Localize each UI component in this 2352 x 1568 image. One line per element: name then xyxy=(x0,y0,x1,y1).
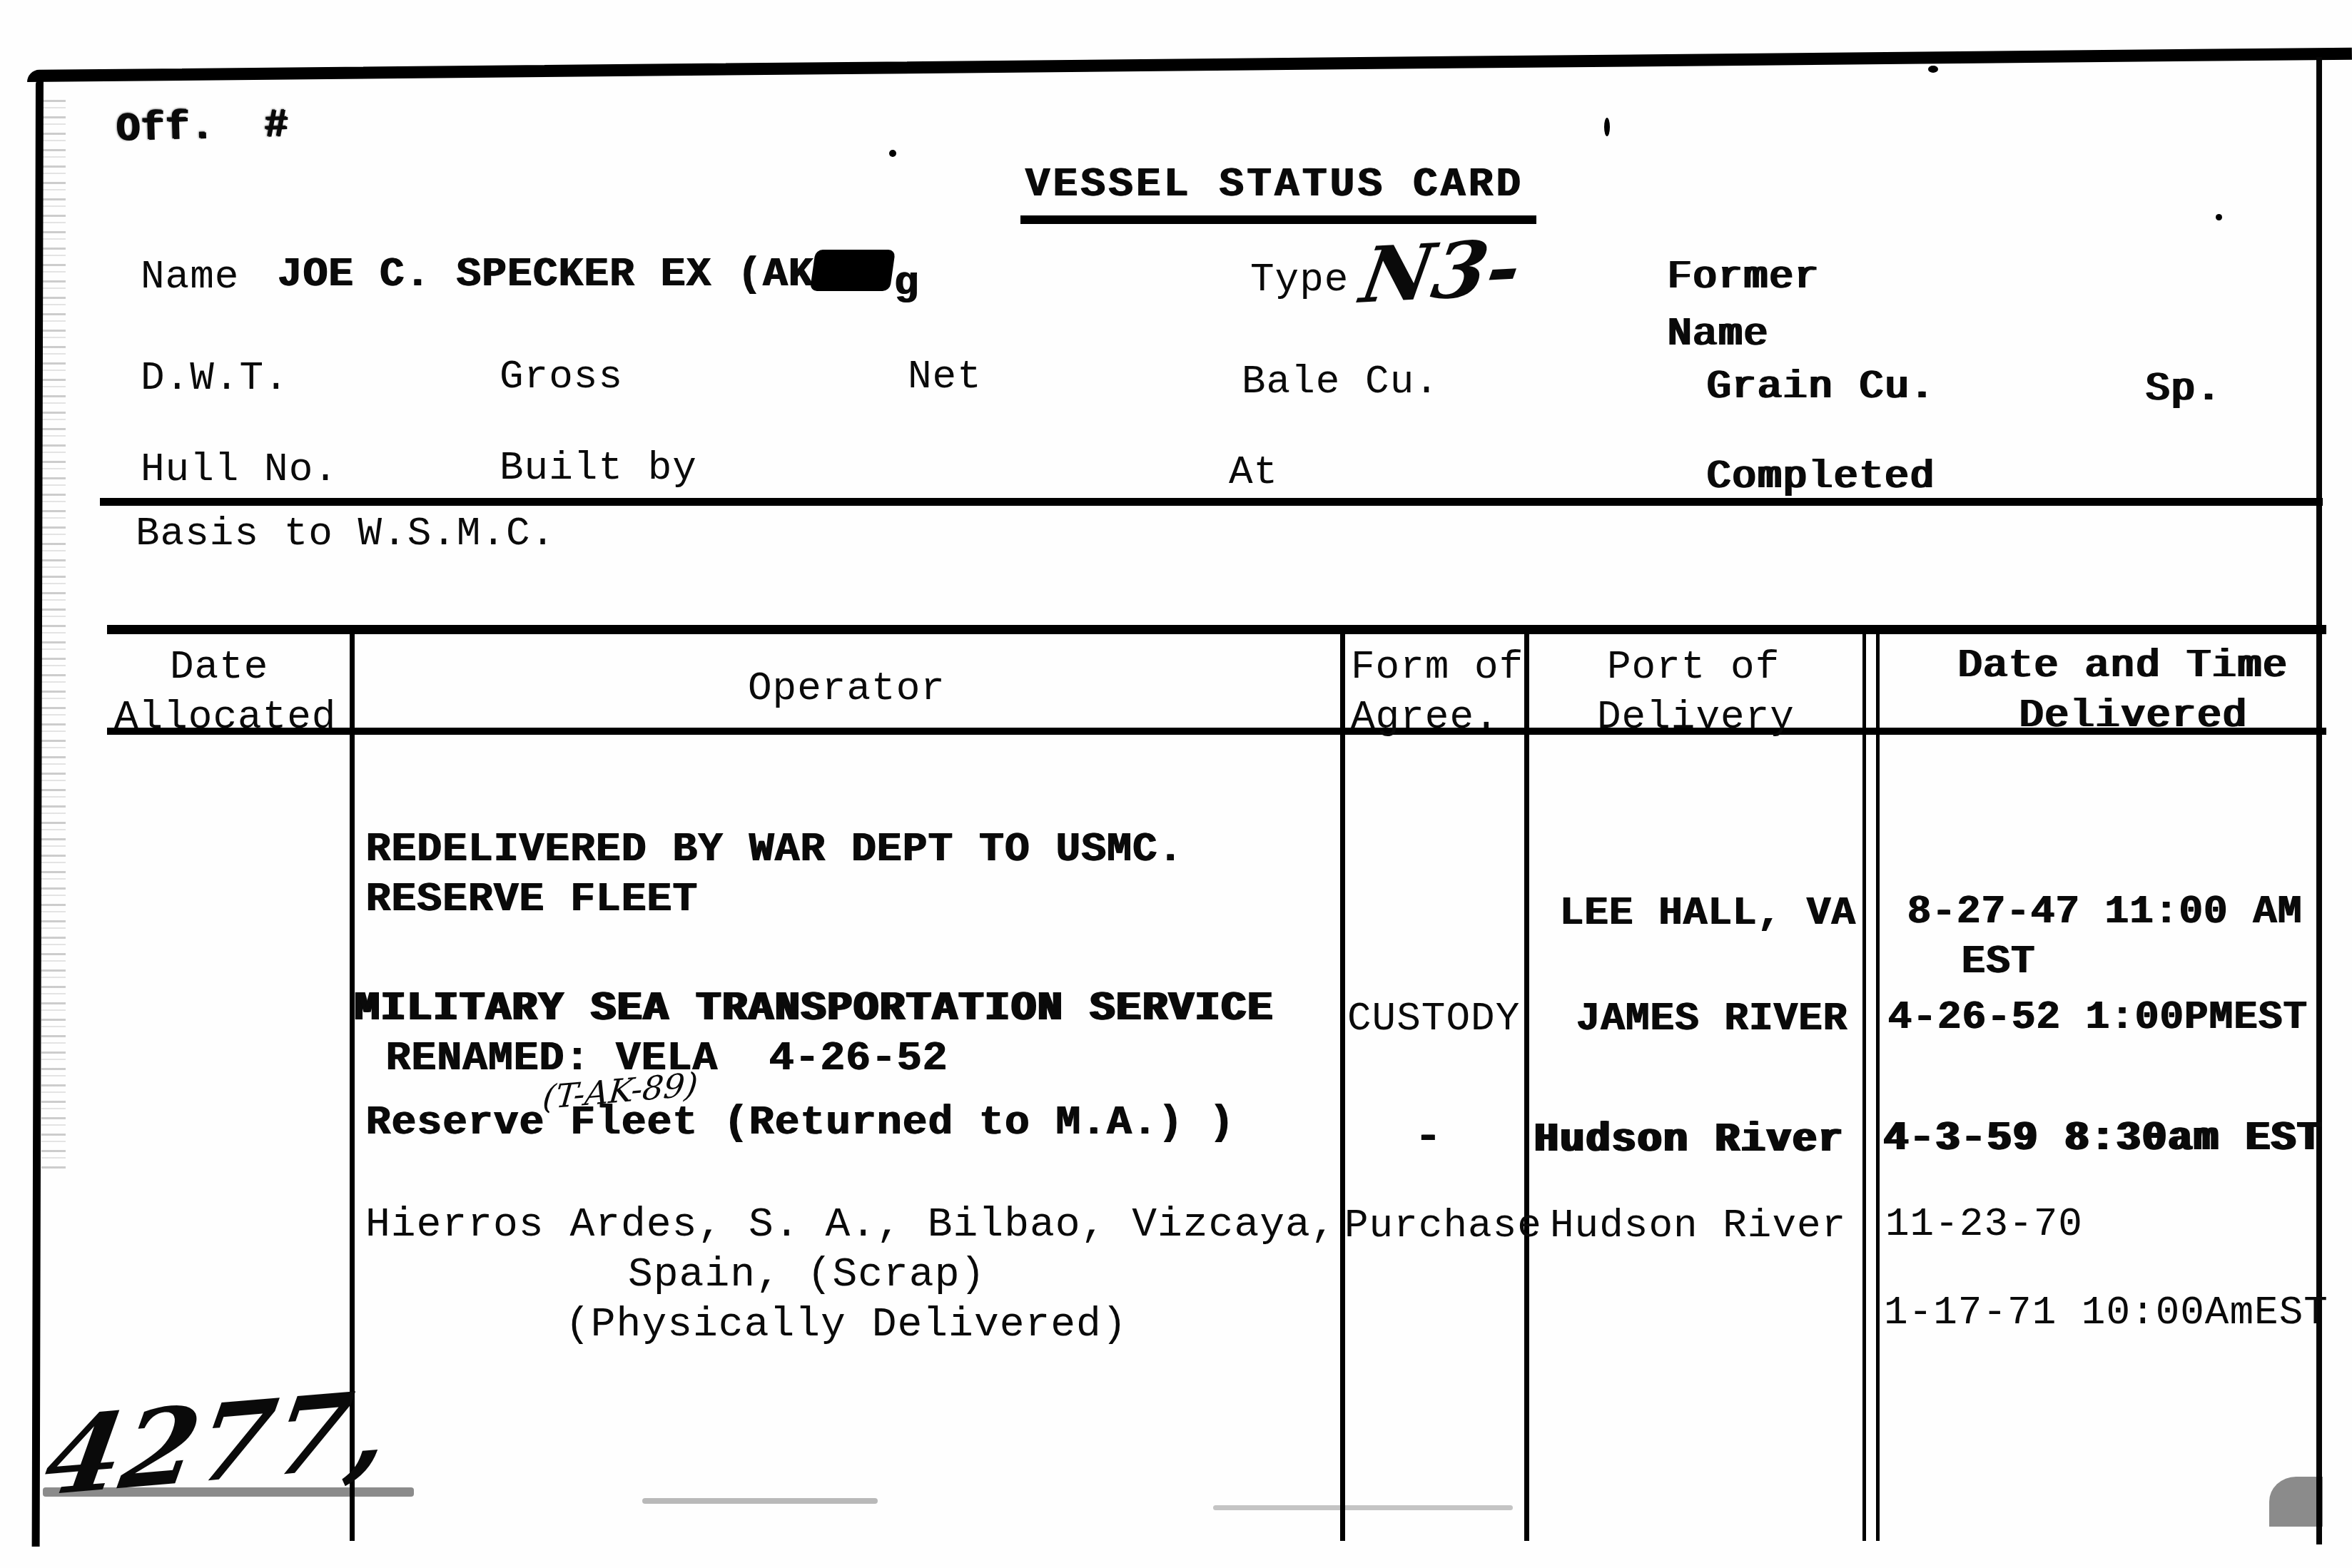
header-port-of-delivery-line1: Port of xyxy=(1607,646,1780,690)
scan-speck xyxy=(1604,118,1610,136)
operator-entry-1-line1: REDELIVERED BY WAR DEPT TO USMC. xyxy=(365,828,1183,873)
header-port-of-delivery-line2: Delivery xyxy=(1597,696,1795,740)
operator-entry-3-line1: Reserve Fleet (Returned to M.A.) ) xyxy=(365,1101,1234,1146)
vessel-status-card-scan: Off. # VESSEL STATUS CARD Name JOE C. SP… xyxy=(0,0,2352,1568)
datetime-entry-1-line2: EST xyxy=(1961,940,2035,984)
header-date-time-delivered-line2: Delivered xyxy=(2018,694,2246,738)
basis-label: Basis to W.S.M.C. xyxy=(136,512,555,556)
at-label: At xyxy=(1229,451,1278,495)
completed-label: Completed xyxy=(1705,455,1934,499)
datetime-entry-4-line1: 11-23-70 xyxy=(1885,1203,2083,1247)
scan-edge-noise xyxy=(41,100,66,1170)
table-divider-3 xyxy=(1524,633,1529,1541)
form-entry-3: - xyxy=(1414,1113,1441,1161)
grain-cu-label: Grain Cu. xyxy=(1705,365,1934,409)
port-entry-1: LEE HALL, VA xyxy=(1559,892,1855,936)
table-divider-4b xyxy=(1876,633,1880,1541)
form-entry-4: Purchase xyxy=(1344,1204,1542,1248)
datetime-entry-2: 4-26-52 1:00PMEST xyxy=(1887,996,2307,1040)
operator-entry-2-line1: MILITARY SEA TRANSPORTATION SERVICE xyxy=(353,987,1272,1032)
scan-smudge xyxy=(642,1498,878,1504)
scan-speck xyxy=(889,150,896,157)
gross-label: Gross xyxy=(500,355,623,399)
built-by-label: Built by xyxy=(500,447,697,491)
scan-smudge xyxy=(1213,1505,1513,1510)
datetime-entry-4-line2: 1-17-71 10:00AmEST xyxy=(1884,1291,2328,1335)
name-label: Name xyxy=(141,255,239,300)
operator-entry-1-line2: RESERVE FLEET xyxy=(365,877,697,923)
scan-speck xyxy=(2216,214,2222,220)
header-rule xyxy=(100,498,2323,506)
hull-no-label: Hull No. xyxy=(141,448,338,492)
table-top-line xyxy=(107,625,2326,634)
table-divider-2 xyxy=(1340,633,1345,1541)
bale-cu-label: Bale Cu. xyxy=(1242,360,1439,404)
card-title: VESSEL STATUS CARD xyxy=(1020,162,1536,224)
form-entry-2: CUSTODY xyxy=(1347,997,1520,1042)
header-date-time-delivered-line1: Date and Time xyxy=(1957,644,2287,688)
scan-speck xyxy=(1928,66,1938,73)
card-title-wrap: VESSEL STATUS CARD xyxy=(1020,163,1536,208)
header-date-allocated-line2: Allocated xyxy=(114,696,336,740)
port-entry-3: Hudson River xyxy=(1533,1119,1842,1164)
header-date-allocated-line1: Date xyxy=(170,646,268,690)
operator-entry-4-line2: Spain, (Scrap) xyxy=(628,1253,985,1298)
vessel-name-text: JOE C. SPECKER EX (AK xyxy=(277,252,813,298)
scan-smudge xyxy=(2269,1477,2323,1527)
datetime-entry-1-line1: 8-27-47 11:00 AM xyxy=(1907,890,2302,935)
header-form-of-agree-line1: Form of xyxy=(1351,646,1524,690)
overstrike-blob xyxy=(810,250,896,291)
card-top-border xyxy=(27,48,2352,82)
datetime-entry-3: 4-3-59 8:30am EST xyxy=(1882,1117,2322,1162)
net-label: Net xyxy=(908,355,982,399)
sp-label: Sp. xyxy=(2144,367,2221,412)
type-value-handwritten: N3- xyxy=(1355,223,1527,320)
header-form-of-agree-line2: Agree. xyxy=(1351,696,1499,740)
vessel-name-value: JOE C. SPECKER EX (AKg xyxy=(277,244,919,298)
off-number-label: Off. # xyxy=(115,103,289,152)
operator-entry-4-line3: (Physically Delivered) xyxy=(565,1303,1127,1348)
header-operator: Operator xyxy=(748,667,946,711)
flag-label-partial: g xyxy=(893,261,919,307)
former-name-label-line1: Former xyxy=(1666,255,1819,300)
type-label: Type xyxy=(1250,258,1349,302)
dwt-label: D.W.T. xyxy=(141,357,289,401)
port-entry-2: JAMES RIVER xyxy=(1576,997,1847,1042)
former-name-label-line2: Name xyxy=(1666,312,1768,357)
handwritten-card-number: 4277, xyxy=(37,1366,398,1520)
table-divider-4a xyxy=(1862,633,1866,1541)
port-entry-4: Hudson River xyxy=(1550,1204,1846,1248)
table-header-bottom-line xyxy=(107,728,2326,735)
operator-entry-4-line1: Hierros Ardes, S. A., Bilbao, Vizcaya, xyxy=(365,1203,1337,1248)
